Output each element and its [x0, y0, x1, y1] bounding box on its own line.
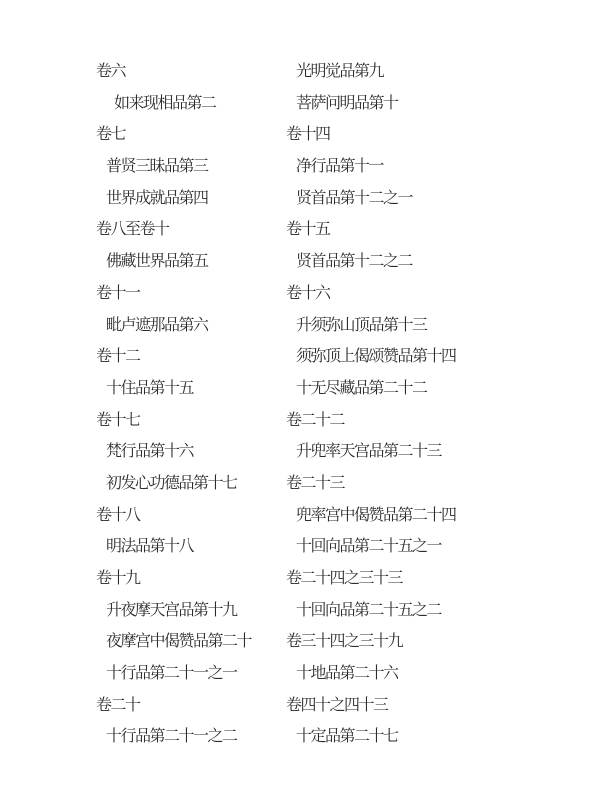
toc-row: 卷二十三 [286, 468, 586, 500]
toc-row: 升须弥山顶品第十三 [286, 310, 586, 342]
toc-row: 十定品第二十七 [286, 721, 586, 753]
toc-row: 卷四十之四十三 [286, 690, 586, 722]
toc-row: 世界成就品第四 [96, 183, 286, 215]
toc-row: 如来现相品第二 [96, 88, 286, 120]
toc-row: 十回向品第二十五之二 [286, 595, 586, 627]
toc-row: 卷十一 [96, 278, 286, 310]
toc-row: 普贤三昧品第三 [96, 151, 286, 183]
toc-row: 光明觉品第九 [286, 56, 586, 88]
toc-row: 卷十九 [96, 563, 286, 595]
toc-row: 梵行品第十六 [96, 436, 286, 468]
toc-row: 十行品第二十一之二 [96, 721, 286, 753]
toc-row: 贤首品第十二之一 [286, 183, 586, 215]
toc-row: 贤首品第十二之二 [286, 246, 586, 278]
toc-row: 十回向品第二十五之一 [286, 531, 586, 563]
toc-row: 卷十五 [286, 214, 586, 246]
toc-row: 净行品第十一 [286, 151, 586, 183]
toc-row: 卷二十 [96, 690, 286, 722]
toc-row: 卷七 [96, 119, 286, 151]
toc-row: 升夜摩天宫品第十九 [96, 595, 286, 627]
toc-row: 卷八至卷十 [96, 214, 286, 246]
toc-row: 十无尽藏品第二十二 [286, 373, 586, 405]
toc-column-left: 卷六如来现相品第二卷七普贤三昧品第三世界成就品第四卷八至卷十佛藏世界品第五卷十一… [96, 56, 286, 753]
toc-row: 升兜率天宫品第二十三 [286, 436, 586, 468]
document-page: 卷六如来现相品第二卷七普贤三昧品第三世界成就品第四卷八至卷十佛藏世界品第五卷十一… [0, 0, 600, 800]
toc-row: 十行品第二十一之一 [96, 658, 286, 690]
toc-row: 十住品第十五 [96, 373, 286, 405]
toc-row: 菩萨问明品第十 [286, 88, 586, 120]
toc-row: 卷十二 [96, 341, 286, 373]
toc-row: 卷二十四之三十三 [286, 563, 586, 595]
toc-row: 十地品第二十六 [286, 658, 586, 690]
toc-row: 明法品第十八 [96, 531, 286, 563]
toc-row: 兜率宫中偈赞品第二十四 [286, 500, 586, 532]
toc-row: 卷十七 [96, 405, 286, 437]
toc-row: 卷三十四之三十九 [286, 626, 586, 658]
toc-row: 卷二十二 [286, 405, 586, 437]
toc-column-right: 光明觉品第九菩萨问明品第十卷十四净行品第十一贤首品第十二之一卷十五贤首品第十二之… [286, 56, 586, 753]
toc-row: 须弥顶上偈颂赞品第十四 [286, 341, 586, 373]
toc-row: 毗卢遮那品第六 [96, 310, 286, 342]
toc-row: 卷十六 [286, 278, 586, 310]
toc-row: 佛藏世界品第五 [96, 246, 286, 278]
toc-row: 初发心功德品第十七 [96, 468, 286, 500]
toc-row: 卷六 [96, 56, 286, 88]
toc-row: 卷十八 [96, 500, 286, 532]
toc-row: 夜摩宫中偈赞品第二十 [96, 626, 286, 658]
toc-row: 卷十四 [286, 119, 586, 151]
